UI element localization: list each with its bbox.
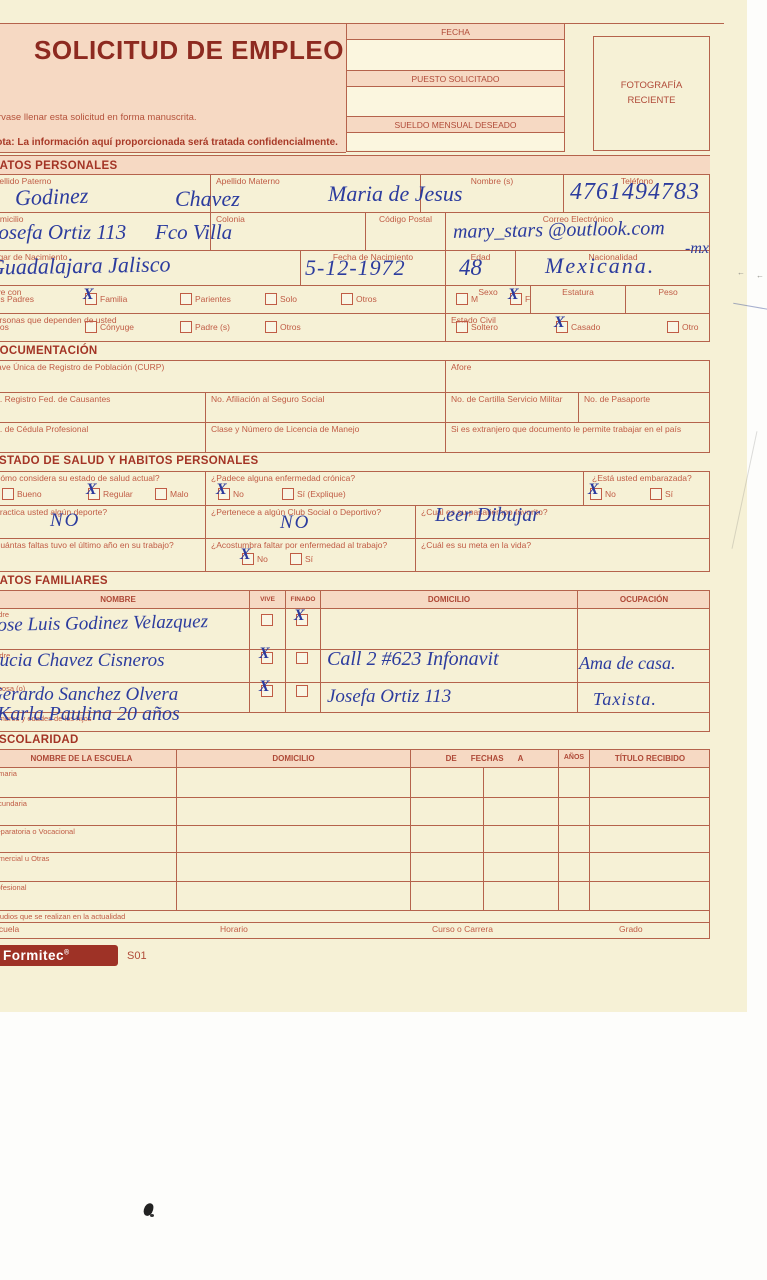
fecha-input — [347, 40, 564, 71]
checkbox-otros-vive: Otros — [341, 293, 377, 305]
checkbox-icon — [282, 488, 294, 500]
q-club-label: ¿Pertenece a algún Club Social o Deporti… — [206, 506, 415, 518]
form-title: SOLICITUD DE EMPLEO — [34, 35, 344, 66]
hw-apellido-paterno: Godinez — [15, 185, 89, 210]
checkbox-familia: XFamilia — [85, 293, 127, 305]
hw-esposo-nombre: Gerardo Sanchez Olvera — [0, 685, 178, 704]
header-panel: SOLICITUD DE EMPLEO Sírvase llenar esta … — [0, 24, 346, 153]
checkbox-faltar-no: XNo — [242, 553, 268, 565]
hw-nombres: Maria de Jesus — [328, 183, 462, 205]
fam-header-ocupacion: OCUPACIÓN — [578, 591, 710, 604]
checkbox-soltero: Soltero — [456, 321, 498, 333]
hw-madre-domicilio: Call 2 #623 Infonavit — [327, 649, 499, 669]
checkbox-icon — [155, 488, 167, 500]
checkbox-madre-vive: X — [261, 652, 273, 664]
section-familiares: DATOS FAMILIARES — [0, 575, 108, 587]
checkbox-icon — [180, 321, 192, 333]
hw-deporte: NO — [50, 511, 80, 530]
hw-colonia: Fco Villa — [155, 222, 232, 243]
checkbox-otros-dep: Otros — [265, 321, 301, 333]
esc-row-primaria: Primaria — [0, 768, 176, 779]
photo-label: FOTOGRAFÍA RECIENTE — [611, 79, 693, 108]
hw-esposo-ocupacion: Taxista. — [593, 690, 657, 708]
escolaridad-table: NOMBRE DE LA ESCUELA DOMICILIO DE FECHAS… — [0, 749, 710, 939]
esc-row-comercial: Comercial u Otras — [0, 853, 176, 864]
checkbox-casado: XCasado — [556, 321, 600, 333]
formitec-logo: Formitec® — [0, 945, 118, 966]
checkbox-sexo-f: XF — [510, 293, 530, 305]
fam-header-domicilio: DOMICILIO — [321, 591, 577, 604]
esc-row-secundaria: Secundaria — [0, 798, 176, 809]
checkbox-icon — [265, 321, 277, 333]
checkbox-icon — [341, 293, 353, 305]
colonia-label: Colonia — [211, 213, 365, 225]
esc-row-profesional: Profesional — [0, 882, 176, 893]
checkbox-cronica-si: Sí (Explique) — [282, 488, 346, 500]
section-datos-personales: DATOS PERSONALES — [0, 155, 710, 175]
sueldo-label: SUELDO MENSUAL DESEADO — [347, 117, 564, 130]
esc-header-fechas: FECHAS — [471, 754, 504, 767]
esc-actual-grado: Grado — [614, 923, 645, 938]
checkbox-conyuge: Cónyuge — [85, 321, 134, 333]
checkbox-icon: X — [242, 553, 254, 565]
checkbox-icon: X — [261, 652, 273, 664]
hw-edad: 48 — [459, 256, 482, 279]
q-faltas-label: ¿Cuántas faltas tuvo el último año en su… — [0, 539, 205, 551]
checkbox-icon — [261, 614, 273, 626]
checkbox-icon: X — [261, 685, 273, 697]
ink-speck — [150, 1214, 154, 1217]
hw-madre-ocupacion: Ama de casa. — [579, 654, 675, 672]
checkbox-otro-ec: Otro — [667, 321, 699, 333]
checkbox-icon: X — [510, 293, 522, 305]
esc-actual-curso: Curso o Carrera — [427, 923, 614, 938]
hw-fecha-nacimiento: 5-12-1972 — [305, 257, 406, 279]
employment-application-form: SOLICITUD DE EMPLEO Sírvase llenar esta … — [0, 0, 725, 1012]
esc-header-a: A — [518, 754, 524, 767]
checkbox-icon — [296, 685, 308, 697]
hw-club: NO — [280, 513, 310, 532]
hw-lugar-nacimiento: Guadalajara Jalisco — [0, 253, 171, 278]
puesto-input — [347, 87, 564, 117]
checkbox-icon: X — [218, 488, 230, 500]
checkbox-sus-padres: Sus Padres — [0, 293, 34, 305]
q-meta-label: ¿Cuál es su meta en la vida? — [416, 539, 710, 551]
fam-bottom-border — [0, 731, 710, 732]
checkbox-embarazada-si: Sí — [650, 488, 673, 500]
checkbox-icon: X — [556, 321, 568, 333]
checkbox-icon — [290, 553, 302, 565]
checkbox-icon: X — [88, 488, 100, 500]
cartilla-label: No. de Cartilla Servicio Militar — [446, 393, 578, 405]
q-faltar-label: ¿Acostumbra faltar por enfermedad al tra… — [206, 539, 415, 551]
pasaporte-label: No. de Pasaporte — [579, 393, 710, 405]
codigo-postal-label: Código Postal — [366, 213, 445, 225]
checkbox-icon — [180, 293, 192, 305]
checkbox-icon — [85, 321, 97, 333]
estatura-label: Estatura — [531, 286, 625, 298]
esc-actual-escuela: Escuela — [0, 923, 215, 938]
documentacion-table: Clave Única de Registro de Población (CU… — [0, 360, 710, 453]
section-documentacion: DOCUMENTACIÓN — [0, 345, 98, 357]
sueldo-input — [347, 133, 564, 150]
checkbox-faltar-si: Sí — [290, 553, 313, 565]
afore-label: Afore — [446, 361, 710, 373]
q-deporte-label: ¿Practica usted algún deporte? — [0, 506, 205, 518]
esc-row-preparatoria: Preparatoria o Vocacional — [0, 826, 176, 837]
puesto-label: PUESTO SOLICITADO — [347, 71, 564, 84]
dp-bottom-border — [0, 341, 710, 342]
hw-pasatiempo: Leer Dibujar — [435, 505, 540, 525]
extranjero-label: Si es extranjero que documento le permit… — [446, 423, 710, 435]
checkbox-embarazada-no: XNo — [590, 488, 616, 500]
checkbox-hijos: Hijos — [0, 321, 9, 333]
form-code: S01 — [127, 950, 147, 962]
note-manuscript: Sírvase llenar esta solicitud en forma m… — [0, 112, 197, 123]
checkbox-parientes: Parientes — [180, 293, 231, 305]
checkbox-icon — [2, 488, 14, 500]
photo-box: FOTOGRAFÍA RECIENTE — [593, 36, 710, 151]
checkbox-solo: Solo — [265, 293, 297, 305]
checkbox-icon — [667, 321, 679, 333]
hw-esposo-domicilio: Josefa Ortiz 113 — [327, 687, 451, 706]
note-confidential: Nota: La información aquí proporcionada … — [0, 137, 338, 148]
pencil-mark-2: ← — [756, 271, 764, 280]
checkbox-cronica-no: XNo — [218, 488, 244, 500]
section-escolaridad: ESCOLARIDAD — [0, 734, 79, 746]
esc-actual-horario: Horario — [215, 923, 427, 938]
checkbox-icon: X — [296, 614, 308, 626]
checkbox-padres: Padre (s) — [180, 321, 230, 333]
checkbox-icon: X — [590, 488, 602, 500]
checkbox-icon — [650, 488, 662, 500]
checkbox-icon — [296, 652, 308, 664]
checkbox-icon — [265, 293, 277, 305]
checkbox-icon: X — [85, 293, 97, 305]
q-cronica-label: ¿Padece alguna enfermedad crónica? — [206, 472, 583, 484]
fecha-label: FECHA — [347, 24, 564, 37]
rfc-label: No. Registro Fed. de Causantes — [0, 393, 205, 405]
checkbox-padre-vive — [261, 614, 273, 626]
esc-header-escuela: NOMBRE DE LA ESCUELA — [0, 750, 176, 763]
curp-label: Clave Única de Registro de Población (CU… — [0, 361, 445, 373]
q-embarazada-label: ¿Está usted embarazada? — [584, 472, 710, 484]
esc-header-anos: AÑOS — [559, 750, 589, 762]
checkbox-icon — [456, 321, 468, 333]
checkbox-icon — [456, 293, 468, 305]
peso-label: Peso — [626, 286, 710, 298]
q-salud-label: ¿Cómo considera su estado de salud actua… — [0, 472, 205, 484]
fam-header-vive: VIVE — [250, 591, 285, 603]
checkbox-bueno: Bueno — [2, 488, 42, 500]
puesto-header: PUESTO SOLICITADO — [347, 71, 564, 87]
checkbox-esposo-vive: X — [261, 685, 273, 697]
fam-header-nombre: NOMBRE — [0, 591, 249, 604]
sueldo-header: SUELDO MENSUAL DESEADO — [347, 117, 564, 133]
datos-personales-title: DATOS PERSONALES — [0, 156, 710, 172]
fam-header-finado: FINADO — [286, 591, 320, 603]
hw-correo: mary_stars @outlook.com — [453, 218, 665, 242]
hw-apellido-materno: Chavez — [175, 188, 240, 210]
esc-header-titulo: TÍTULO RECIBIDO — [590, 750, 710, 763]
imss-label: No. Afiliación al Seguro Social — [206, 393, 445, 405]
header-fields-table: FECHA PUESTO SOLICITADO SUELDO MENSUAL D… — [346, 24, 565, 152]
checkbox-padre-finado: X — [296, 614, 308, 626]
esc-header-de: DE — [446, 754, 457, 767]
esc-actual-label: Estudios que se realizan en la actualida… — [0, 911, 710, 922]
checkbox-malo: Malo — [155, 488, 188, 500]
checkbox-sexo-m: M — [456, 293, 478, 305]
hw-madre-nombre: Lucia Chavez Cisneros — [0, 651, 165, 670]
scanned-document: SOLICITUD DE EMPLEO Sírvase llenar esta … — [0, 0, 767, 1280]
hw-hijos: Karla Paulina 20 años — [0, 704, 180, 724]
checkbox-madre-finado — [296, 652, 308, 664]
fecha-header: FECHA — [347, 24, 564, 40]
hw-nacionalidad: Mexicana. — [545, 255, 655, 277]
hw-domicilio: Josefa Ortiz 113 — [0, 222, 126, 243]
checkbox-esposo-finado — [296, 685, 308, 697]
cedula-label: No. de Cédula Profesional — [0, 423, 205, 435]
hw-correo-mx: -mx — [685, 241, 709, 257]
esc-header-domicilio: DOMICILIO — [177, 750, 410, 763]
pencil-mark-1: ← — [737, 268, 745, 277]
hw-padre-nombre: Jose Luis Godinez Velazquez — [0, 612, 208, 635]
hw-telefono: 4761494783 — [570, 180, 700, 204]
checkbox-regular: XRegular — [88, 488, 133, 500]
salud-table: ¿Cómo considera su estado de salud actua… — [0, 471, 710, 572]
licencia-label: Clase y Número de Licencia de Manejo — [206, 423, 445, 435]
section-salud: ESTADO DE SALUD Y HABITOS PERSONALES — [0, 455, 258, 467]
